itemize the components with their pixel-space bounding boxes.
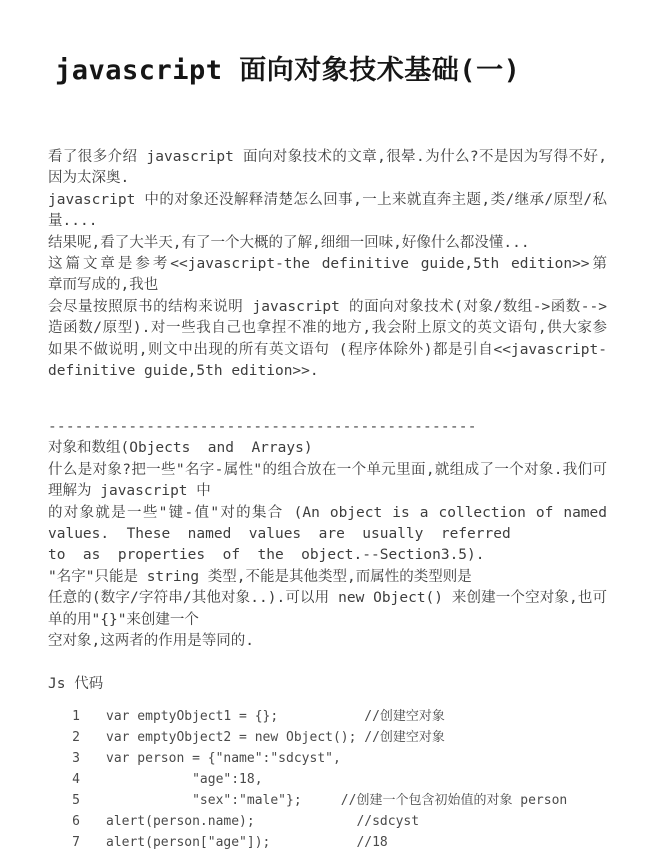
code-line: 1var emptyObject1 = {}; //创建空对象 [48,706,628,727]
text-line: definitive guide,5th edition>>. [48,361,607,382]
document-page: javascript 面向对象技术基础(一) 看了很多介绍 javascript… [0,0,655,861]
text-line: values. These named values are usually r… [48,524,607,545]
code-text: alert(person["age"]); //18 [106,835,388,850]
line-number: 7 [48,832,80,853]
text-line: 章而写成的,我也 [48,275,607,296]
code-line: 4 "age":18, [48,769,628,790]
code-line: 5 "sex":"male"}; //创建一个包含初始值的对象 person [48,790,628,811]
text-line: 如果不做说明,则文中出现的所有英文语句 (程序体除外)都是引自<<javascr… [48,340,607,361]
text-line: 任意的(数字/字符串/其他对象..).可以用 new Object() 来创建一… [48,588,607,609]
intro-paragraph: 看了很多介绍 javascript 面向对象技术的文章,很晕.为什么?不是因为写… [48,147,607,382]
text-line: javascript 中的对象还没解释清楚怎么回事,一上来就直奔主题,类/继承/… [48,190,607,211]
text-line: 看了很多介绍 javascript 面向对象技术的文章,很晕.为什么?不是因为写… [48,147,607,168]
line-number: 1 [48,706,80,727]
code-text: var emptyObject2 = new Object(); //创建空对象 [106,730,445,745]
text-line: 空对象,这两者的作用是等同的. [48,631,607,652]
text-line: 对象和数组(Objects and Arrays) [48,438,607,459]
text-line: 这篇文章是参考<<javascript-the definitive guide… [48,254,607,275]
code-text: "age":18, [106,772,263,787]
code-line: 2var emptyObject2 = new Object(); //创建空对… [48,727,628,748]
text-line: 单的用"{}"来创建一个 [48,610,607,631]
text-line: 因为太深奥. [48,168,607,189]
code-text: var emptyObject1 = {}; //创建空对象 [106,709,445,724]
line-number: 2 [48,727,80,748]
code-block: 1var emptyObject1 = {}; //创建空对象 2var emp… [48,706,628,853]
divider-line: ----------------------------------------… [48,417,607,438]
line-number: 5 [48,790,80,811]
text-line: 结果呢,看了大半天,有了一个大概的了解,细细一回味,好像什么都没懂... [48,233,607,254]
code-label: Js 代码 [48,674,103,695]
line-number: 4 [48,769,80,790]
line-number: 3 [48,748,80,769]
code-line: 7alert(person["age"]); //18 [48,832,628,853]
section-body: 对象和数组(Objects and Arrays) 什么是对象?把一些"名字-属… [48,438,607,652]
code-text: var person = {"name":"sdcyst", [106,751,341,766]
objects-and-arrays-section: ----------------------------------------… [48,417,607,652]
code-text: alert(person.name); //sdcyst [106,814,419,829]
text-line: to as properties of the object.--Section… [48,545,607,566]
text-line: 造函数/原型).对一些我自己也拿捏不准的地方,我会附上原文的英文语句,供大家参考… [48,318,607,339]
page-title: javascript 面向对象技术基础(一) [55,52,520,90]
code-text: "sex":"male"}; //创建一个包含初始值的对象 person [106,793,567,808]
text-line: 会尽量按照原书的结构来说明 javascript 的面向对象技术(对象/数组->… [48,297,607,318]
code-line: 3var person = {"name":"sdcyst", [48,748,628,769]
text-line: 量.... [48,211,607,232]
text-line: 理解为 javascript 中 [48,481,607,502]
text-line: "名字"只能是 string 类型,不能是其他类型,而属性的类型则是 [48,567,607,588]
text-line: 的对象就是一些"键-值"对的集合 (An object is a collect… [48,503,607,524]
line-number: 6 [48,811,80,832]
code-line: 6alert(person.name); //sdcyst [48,811,628,832]
text-line: 什么是对象?把一些"名字-属性"的组合放在一个单元里面,就组成了一个对象.我们可… [48,460,607,481]
